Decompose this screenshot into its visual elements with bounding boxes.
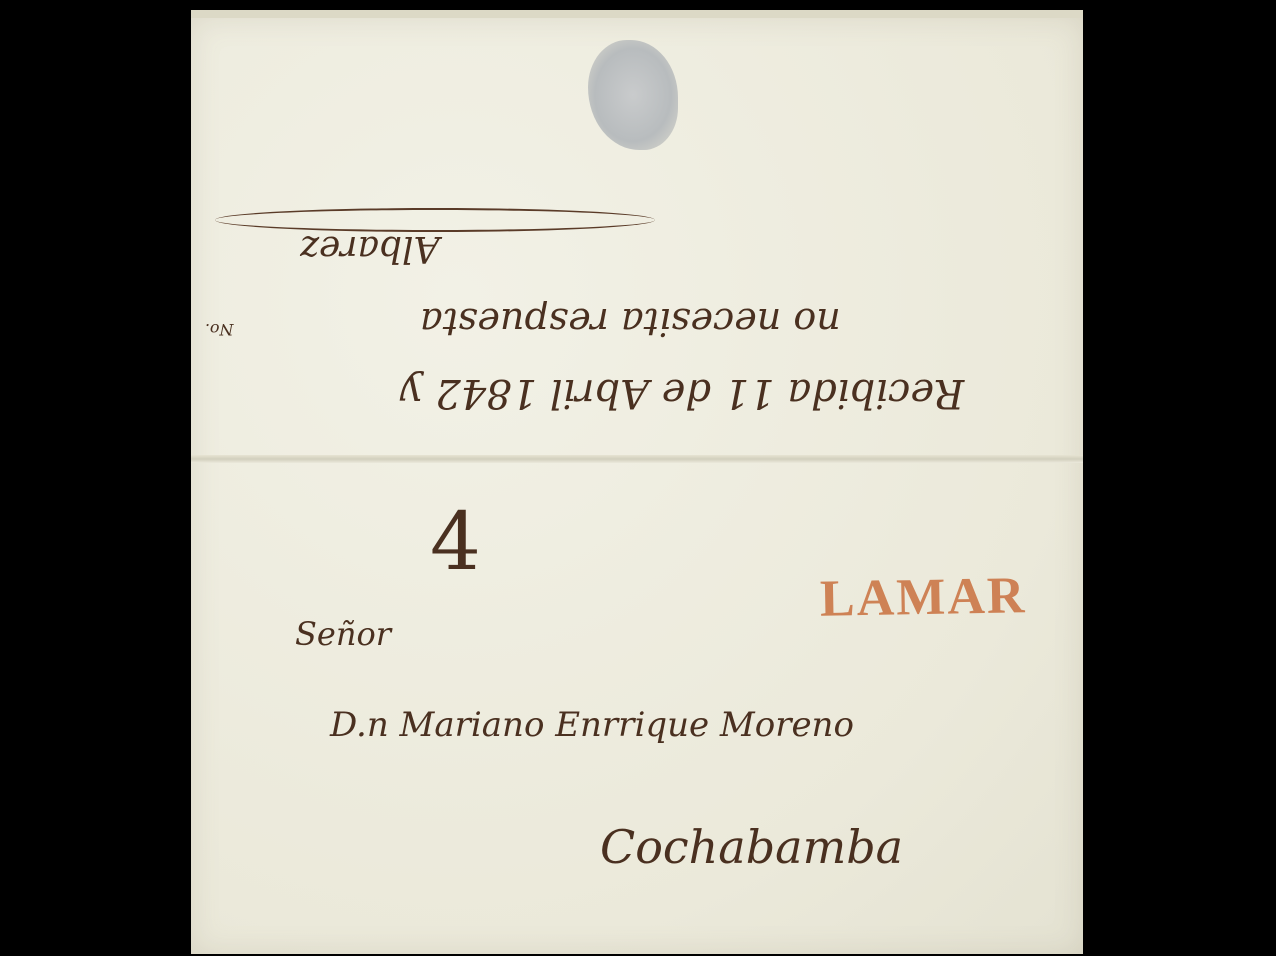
fold-line xyxy=(191,455,1083,463)
rate-marking: 4 xyxy=(430,495,481,588)
lamar-postmark: LAMAR xyxy=(820,566,1027,629)
folded-letter xyxy=(191,18,1083,954)
marginal-note: No. xyxy=(205,320,233,339)
addressee-name: D.n Mariano Enrrique Moreno xyxy=(330,705,854,745)
salutation: Señor xyxy=(295,615,391,653)
docket-line-2: no necesita respuesta xyxy=(420,300,841,344)
destination-city: Cochabamba xyxy=(600,820,903,874)
docket-line-1: Recibida 11 de Abril 1842 y xyxy=(400,370,964,416)
docket-line-3: Albarez xyxy=(300,228,440,269)
